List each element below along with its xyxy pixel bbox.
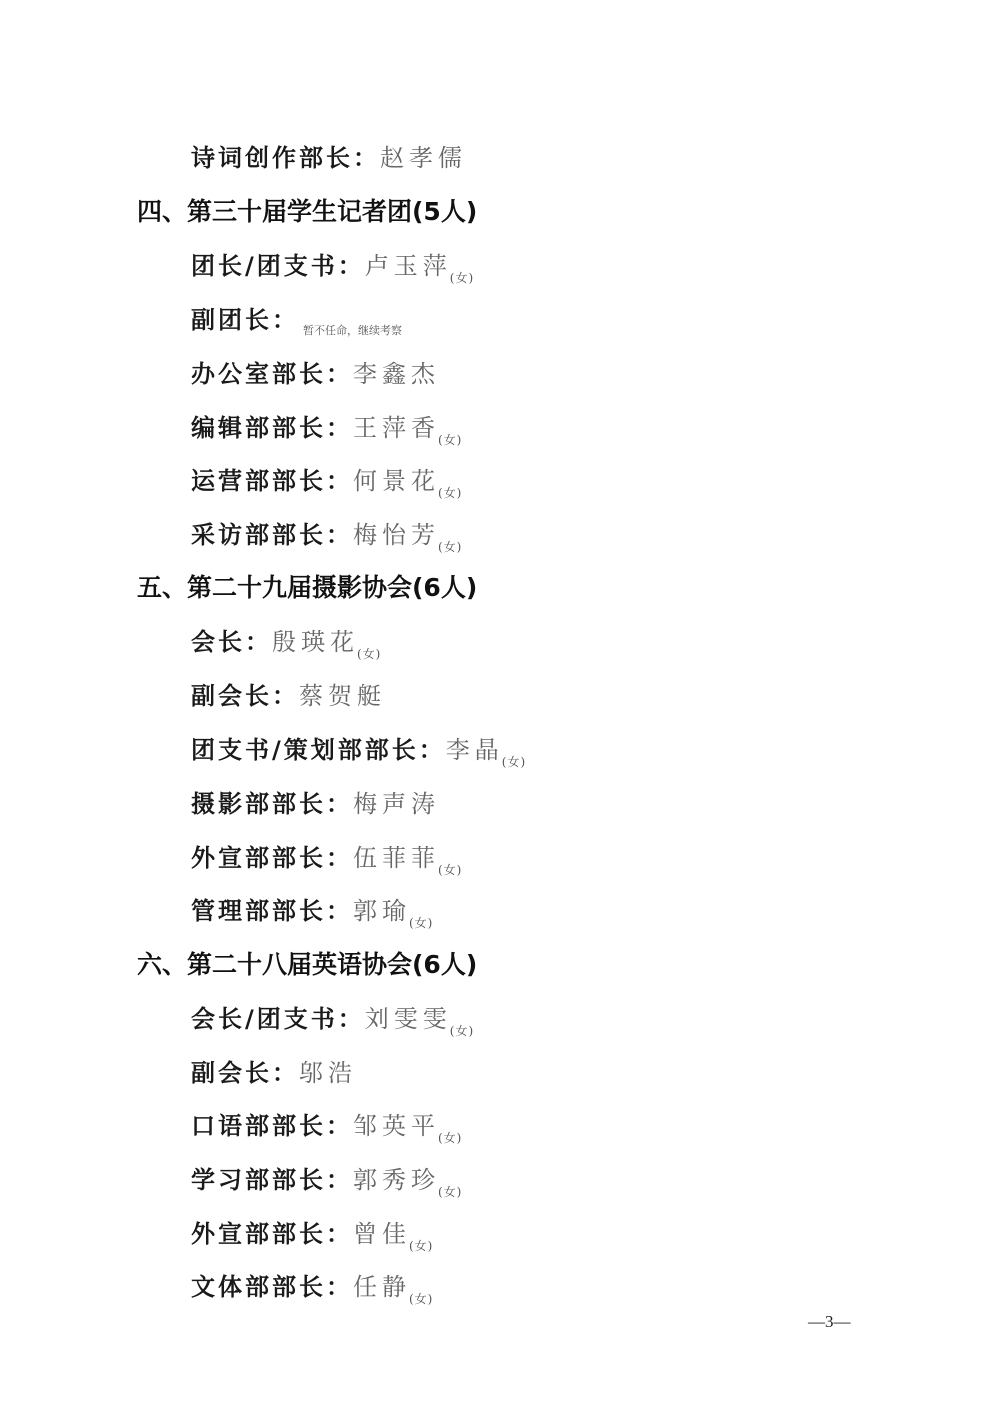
list-item: 副会长：蔡贺艇 bbox=[191, 676, 386, 711]
role-label: 学习部部长： bbox=[191, 1166, 353, 1194]
list-item: 副会长：邬浩 bbox=[191, 1053, 357, 1088]
role-label: 外宣部部长： bbox=[191, 1220, 353, 1248]
person-name: 卢玉萍 bbox=[365, 252, 452, 280]
person-name: 郭瑜 bbox=[353, 897, 411, 925]
gender-mark: (女) bbox=[438, 433, 462, 447]
list-item: 诗词创作部长：赵孝儒 bbox=[191, 138, 467, 173]
role-label: 会长/团支书： bbox=[191, 1005, 365, 1033]
person-name: 蔡贺艇 bbox=[299, 682, 386, 710]
section-heading: 四、第三十届学生记者团(5人) bbox=[137, 192, 477, 228]
role-label: 文体部部长： bbox=[191, 1273, 353, 1301]
gender-mark: (女) bbox=[438, 1185, 462, 1199]
person-name: 任静 bbox=[353, 1273, 411, 1301]
role-label: 口语部部长： bbox=[191, 1112, 353, 1140]
role-label: 采访部部长： bbox=[191, 521, 353, 549]
person-name: 梅怡芳 bbox=[353, 521, 440, 549]
list-item: 外宣部部长：曾佳(女) bbox=[191, 1214, 433, 1249]
person-name: 李晶 bbox=[446, 736, 504, 764]
document-page: 诗词创作部长：赵孝儒 四、第三十届学生记者团(5人) 团长/团支书：卢玉萍(女)… bbox=[0, 0, 1000, 1414]
role-label: 副会长： bbox=[191, 1059, 299, 1087]
gender-mark: (女) bbox=[450, 271, 474, 285]
gender-mark: (女) bbox=[409, 916, 433, 930]
page-number: —3— bbox=[808, 1312, 851, 1332]
list-item: 文体部部长：任静(女) bbox=[191, 1267, 433, 1302]
person-name: 郭秀珍 bbox=[353, 1166, 440, 1194]
person-name: 王萍香 bbox=[353, 414, 440, 442]
gender-mark: (女) bbox=[409, 1292, 433, 1306]
role-label: 编辑部部长： bbox=[191, 414, 353, 442]
gender-mark: (女) bbox=[409, 1239, 433, 1253]
gender-mark: (女) bbox=[438, 1131, 462, 1145]
gender-mark: (女) bbox=[502, 755, 526, 769]
list-item: 外宣部部长：伍菲菲(女) bbox=[191, 838, 462, 873]
person-name: 何景花 bbox=[353, 467, 440, 495]
gender-mark: (女) bbox=[450, 1024, 474, 1038]
list-item: 采访部部长：梅怡芳(女) bbox=[191, 515, 462, 550]
person-name: 刘雯雯 bbox=[365, 1005, 452, 1033]
person-name: 梅声涛 bbox=[353, 790, 440, 818]
role-label: 办公室部长： bbox=[191, 360, 353, 388]
appointment-note: 暂不任命，继续考察 bbox=[303, 324, 402, 337]
person-name: 邹英平 bbox=[353, 1112, 440, 1140]
person-name: 殷瑛花 bbox=[272, 628, 359, 656]
role-label: 副团长： bbox=[191, 306, 299, 334]
role-label: 团长/团支书： bbox=[191, 252, 365, 280]
role-label: 运营部部长： bbox=[191, 467, 353, 495]
role-label: 外宣部部长： bbox=[191, 844, 353, 872]
gender-mark: (女) bbox=[357, 647, 381, 661]
section-heading: 五、第二十九届摄影协会(6人) bbox=[137, 568, 477, 604]
list-item: 团支书/策划部部长：李晶(女) bbox=[191, 730, 526, 765]
person-name: 赵孝儒 bbox=[380, 144, 467, 172]
person-name: 曾佳 bbox=[353, 1220, 411, 1248]
person-name: 邬浩 bbox=[299, 1059, 357, 1087]
list-item: 运营部部长：何景花(女) bbox=[191, 461, 462, 496]
list-item: 管理部部长：郭瑜(女) bbox=[191, 891, 433, 926]
list-item: 团长/团支书：卢玉萍(女) bbox=[191, 246, 474, 281]
role-label: 诗词创作部长： bbox=[191, 144, 380, 172]
person-name: 伍菲菲 bbox=[353, 844, 440, 872]
list-item: 办公室部长：李鑫杰 bbox=[191, 354, 440, 389]
person-name: 李鑫杰 bbox=[353, 360, 440, 388]
role-label: 摄影部部长： bbox=[191, 790, 353, 818]
section-heading: 六、第二十八届英语协会(6人) bbox=[137, 945, 477, 981]
gender-mark: (女) bbox=[438, 486, 462, 500]
list-item: 会长/团支书：刘雯雯(女) bbox=[191, 999, 474, 1034]
list-item: 学习部部长：郭秀珍(女) bbox=[191, 1160, 462, 1195]
list-item: 编辑部部长：王萍香(女) bbox=[191, 408, 462, 443]
role-label: 会长： bbox=[191, 628, 272, 656]
list-item: 会长：殷瑛花(女) bbox=[191, 622, 381, 657]
gender-mark: (女) bbox=[438, 863, 462, 877]
list-item: 摄影部部长：梅声涛 bbox=[191, 784, 440, 819]
list-item: 口语部部长：邹英平(女) bbox=[191, 1106, 462, 1141]
role-label: 管理部部长： bbox=[191, 897, 353, 925]
role-label: 副会长： bbox=[191, 682, 299, 710]
gender-mark: (女) bbox=[438, 540, 462, 554]
list-item: 副团长：暂不任命，继续考察 bbox=[191, 300, 402, 335]
role-label: 团支书/策划部部长： bbox=[191, 736, 446, 764]
